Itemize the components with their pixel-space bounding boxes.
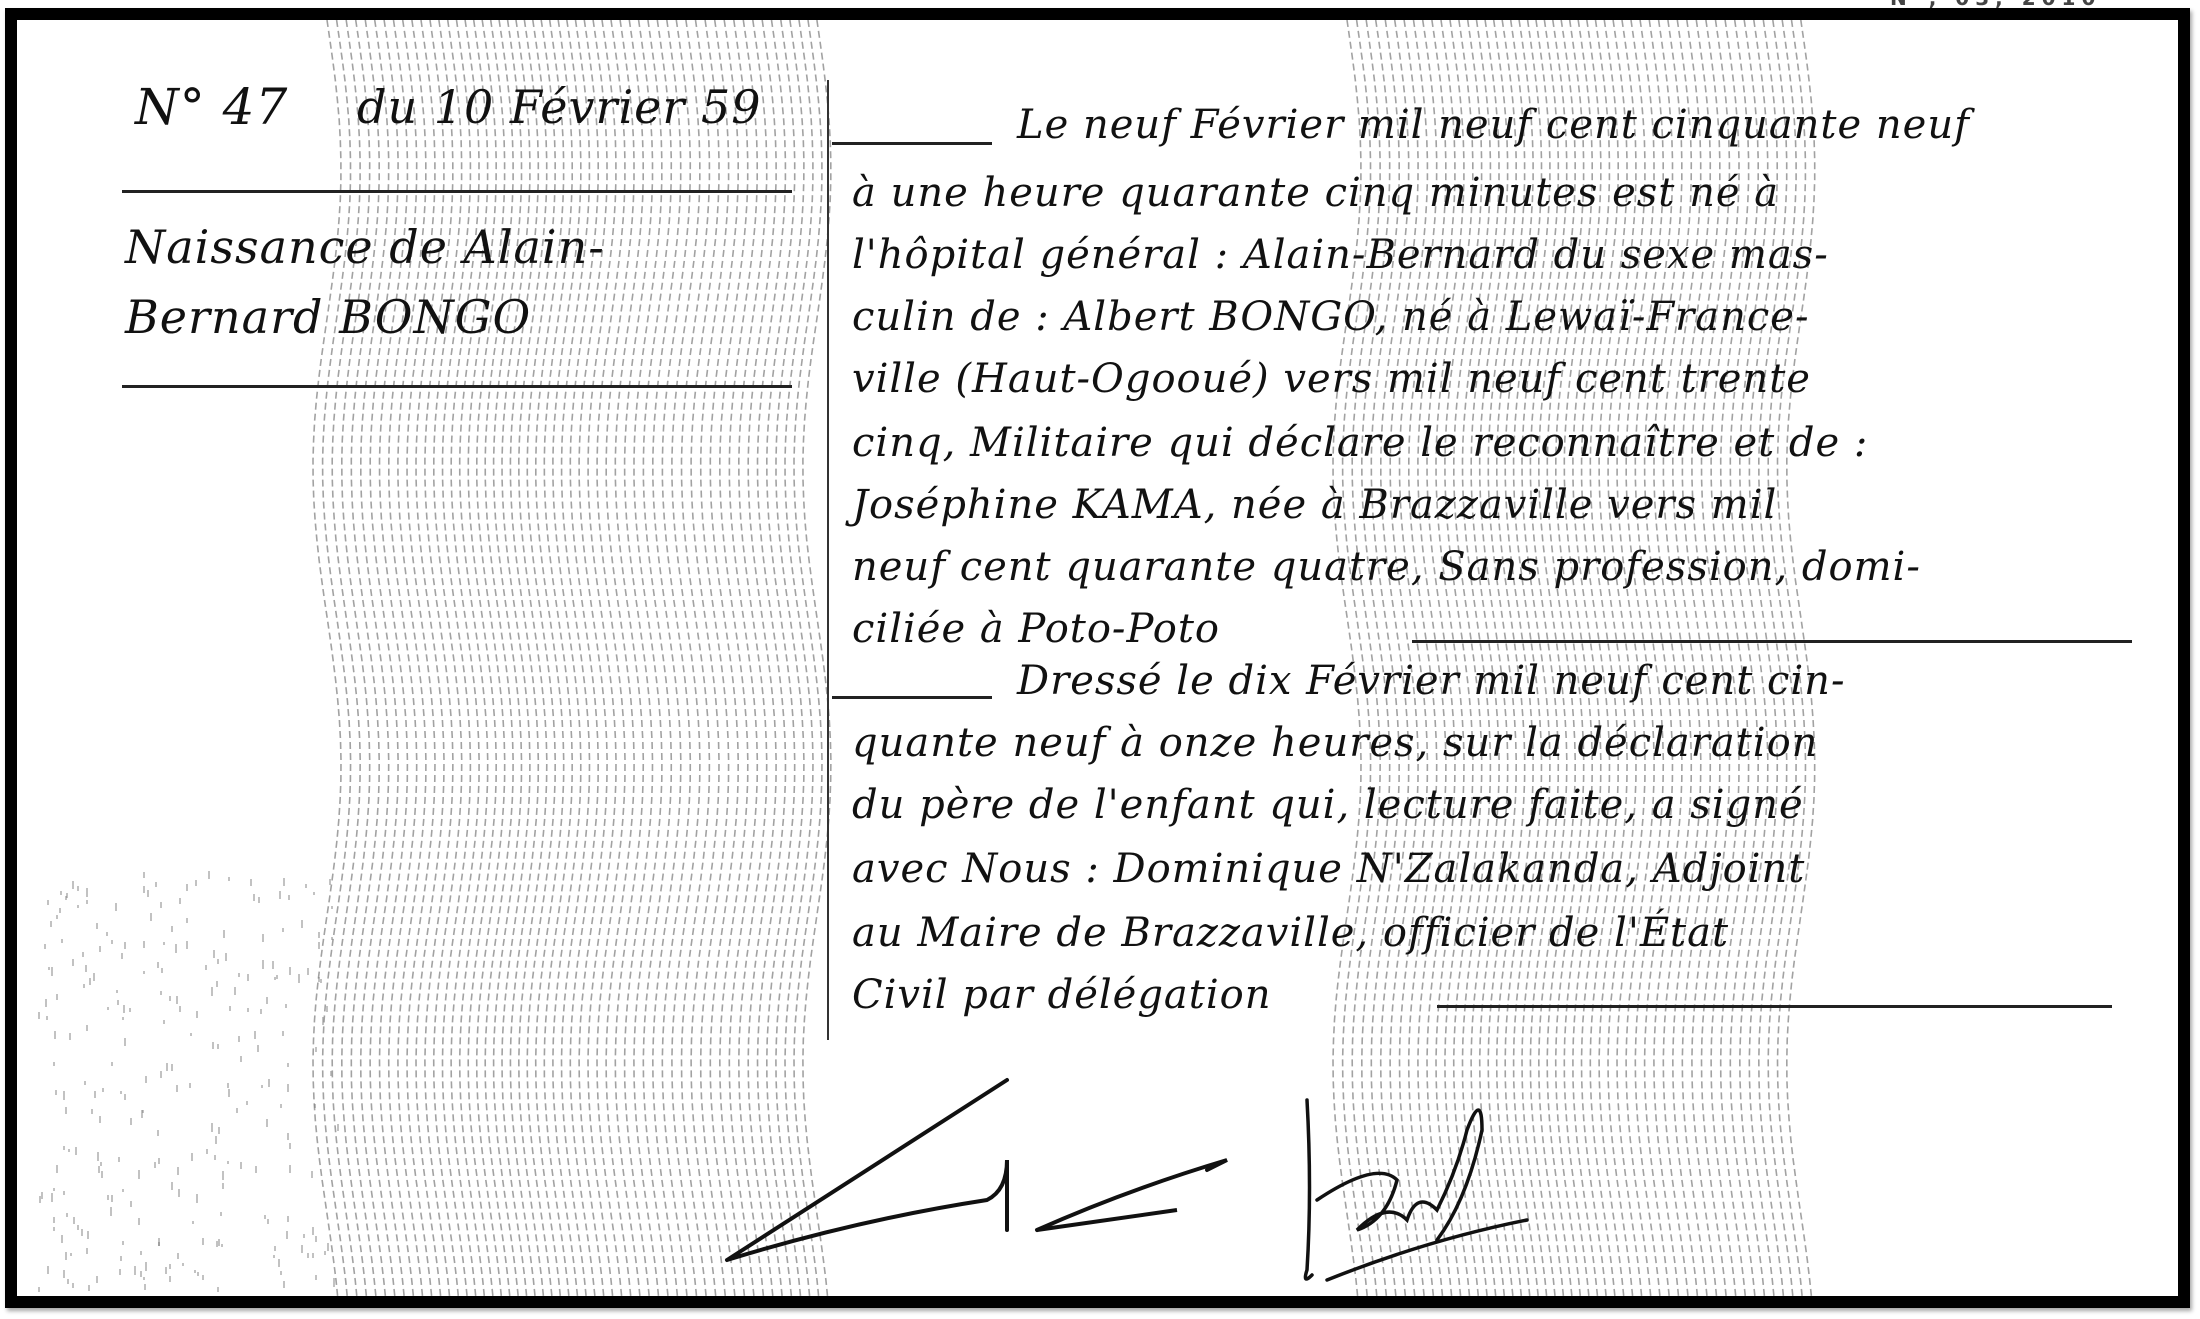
body-line: Le neuf Février mil neuf cent cinquante … bbox=[1017, 102, 1970, 148]
lead-dash-1 bbox=[832, 142, 992, 145]
body-line: cinq, Militaire qui déclare le reconnaît… bbox=[852, 420, 1868, 466]
entry-title-line2: Bernard BONGO bbox=[125, 290, 531, 344]
body-line: Dressé le dix Février mil neuf cent cin- bbox=[1017, 658, 1845, 704]
body-line: ciliée à Poto-Poto bbox=[852, 606, 1220, 652]
body-line: culin de : Albert BONGO, né à Lewaï-Fran… bbox=[852, 294, 1809, 340]
fill-rule-1 bbox=[1412, 640, 2132, 643]
lead-dash-2 bbox=[832, 696, 992, 699]
margin-rule-top bbox=[122, 190, 792, 193]
body-line: Civil par délégation bbox=[852, 972, 1272, 1018]
declarant-signature bbox=[707, 1060, 1327, 1300]
entry-date: du 10 Février 59 bbox=[357, 80, 762, 134]
officer-signature bbox=[1267, 1070, 1687, 1300]
body-line: ville (Haut-Ogooué) vers mil neuf cent t… bbox=[852, 356, 1811, 402]
document-frame: N° 47 du 10 Février 59 Naissance de Alai… bbox=[5, 8, 2190, 1308]
body-line: du père de l'enfant qui, lecture faite, … bbox=[852, 782, 1804, 828]
body-line: quante neuf à onze heures, sur la déclar… bbox=[852, 720, 1818, 766]
body-line: neuf cent quarante quatre, Sans professi… bbox=[852, 544, 1921, 590]
fill-rule-2 bbox=[1437, 1005, 2112, 1008]
entry-number: N° 47 bbox=[135, 78, 288, 136]
body-line: l'hôpital général : Alain-Bernard du sex… bbox=[852, 232, 1829, 278]
body-line: Joséphine KAMA, née à Brazzaville vers m… bbox=[852, 482, 1777, 528]
body-line: au Maire de Brazzaville, officier de l'É… bbox=[852, 910, 1729, 956]
entry-title-line1: Naissance de Alain- bbox=[125, 220, 605, 274]
body-line: à une heure quarante cinq minutes est né… bbox=[852, 170, 1779, 216]
margin-divider bbox=[827, 80, 829, 1040]
margin-rule-bottom bbox=[122, 385, 792, 388]
body-line: avec Nous : Dominique N'Zalakanda, Adjoi… bbox=[852, 846, 1805, 892]
